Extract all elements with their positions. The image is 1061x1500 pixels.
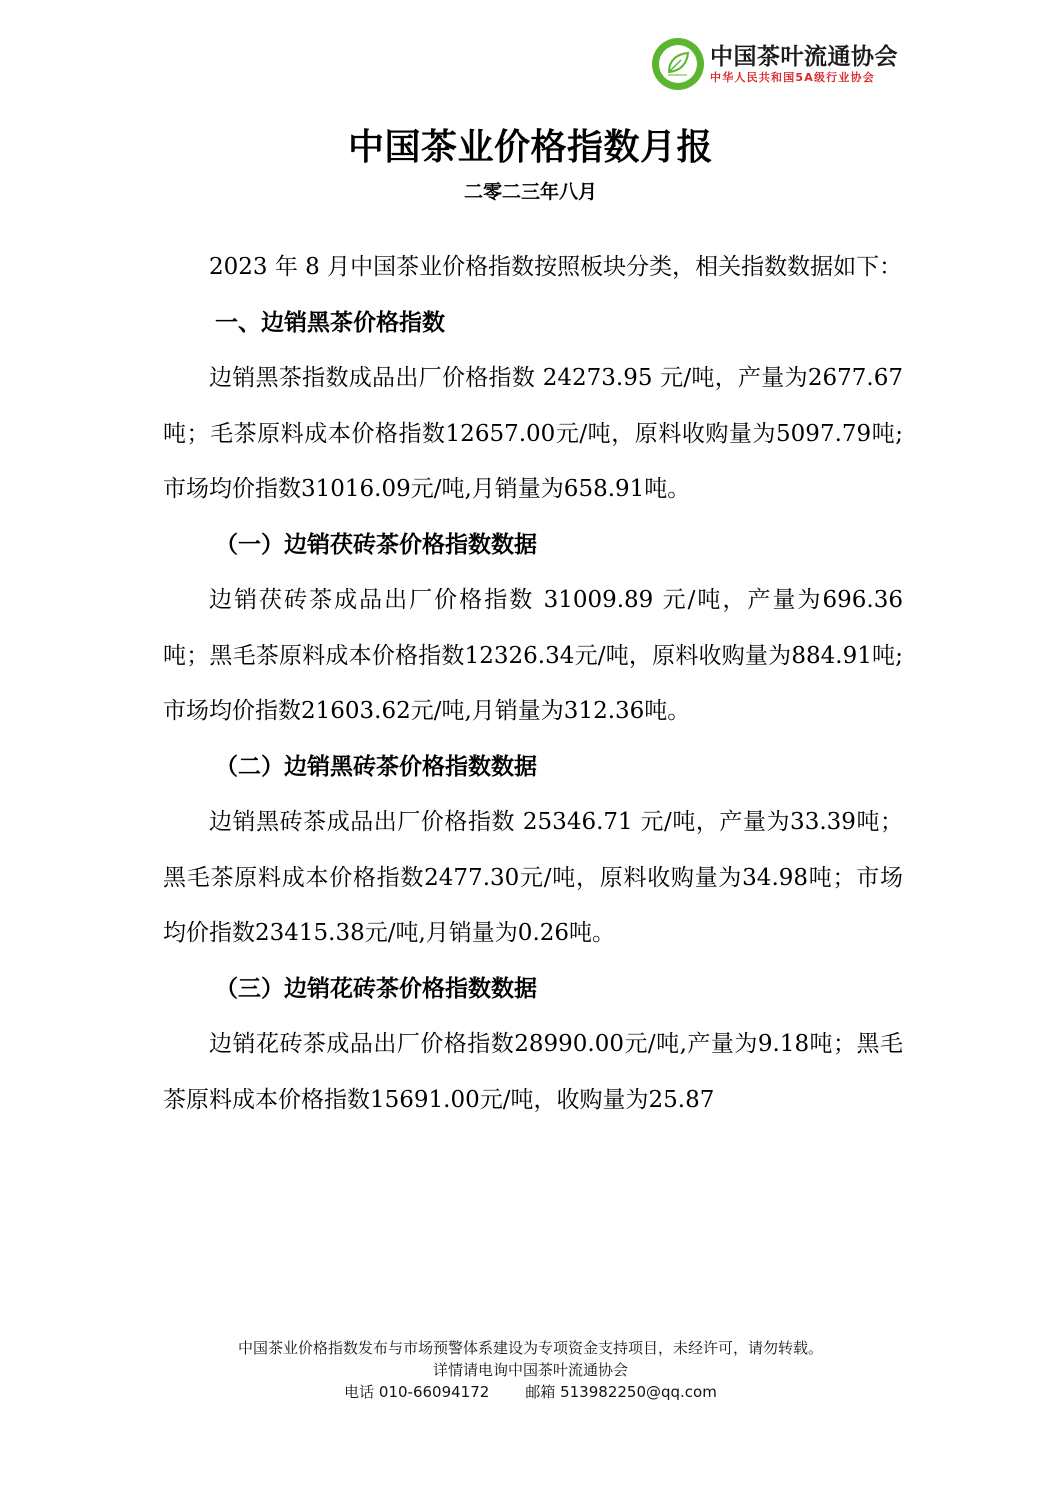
phone-number: 电话 010-66094172	[344, 1383, 489, 1401]
copyright-notice: 中国茶业价格指数发布与市场预警体系建设为专项资金支持项目，未经许可，请勿转载。	[0, 1337, 1061, 1359]
section-heading-border-dark-tea: 一、边销黑茶价格指数	[163, 296, 903, 352]
subsection-heading-black-brick: （二）边销黑砖茶价格指数数据	[163, 740, 903, 796]
inquiry-line: 详情请电询中国茶叶流通协会	[0, 1359, 1061, 1381]
section-paragraph-border-dark-tea: 边销黑茶指数成品出厂价格指数 24273.95 元/吨，产量为2677.67吨；…	[163, 351, 903, 518]
subsection-heading-hua-brick: （三）边销花砖茶价格指数数据	[163, 962, 903, 1018]
report-title: 中国茶业价格指数月报	[0, 124, 1061, 172]
report-body: 2023 年 8 月中国茶业价格指数按照板块分类，相关指数数据如下： 一、边销黑…	[163, 240, 903, 1128]
subsection-paragraph-fu-brick: 边销茯砖茶成品出厂价格指数 31009.89 元/吨，产量为696.36吨；黑毛…	[163, 573, 903, 740]
report-date: 二零二三年八月	[0, 178, 1061, 206]
subsection-paragraph-black-brick: 边销黑砖茶成品出厂价格指数 25346.71 元/吨，产量为33.39吨；黑毛茶…	[163, 795, 903, 962]
page-footer: 中国茶业价格指数发布与市场预警体系建设为专项资金支持项目，未经许可，请勿转载。 …	[0, 1337, 1061, 1403]
tea-leaf-badge-icon	[652, 38, 704, 90]
org-subtitle: 中华人民共和国5A级行业协会	[710, 71, 898, 85]
contact-line: 电话 010-66094172邮箱 513982250@qq.com	[0, 1381, 1061, 1403]
email-address: 邮箱 513982250@qq.com	[525, 1383, 717, 1401]
subsection-heading-fu-brick: （一）边销茯砖茶价格指数数据	[163, 518, 903, 574]
subsection-paragraph-hua-brick: 边销花砖茶成品出厂价格指数28990.00元/吨,产量为9.18吨；黑毛茶原料成…	[163, 1017, 903, 1128]
org-name: 中国茶叶流通协会	[710, 43, 898, 71]
org-logo: 中国茶叶流通协会 中华人民共和国5A级行业协会	[652, 38, 898, 90]
intro-paragraph: 2023 年 8 月中国茶业价格指数按照板块分类，相关指数数据如下：	[163, 240, 903, 296]
